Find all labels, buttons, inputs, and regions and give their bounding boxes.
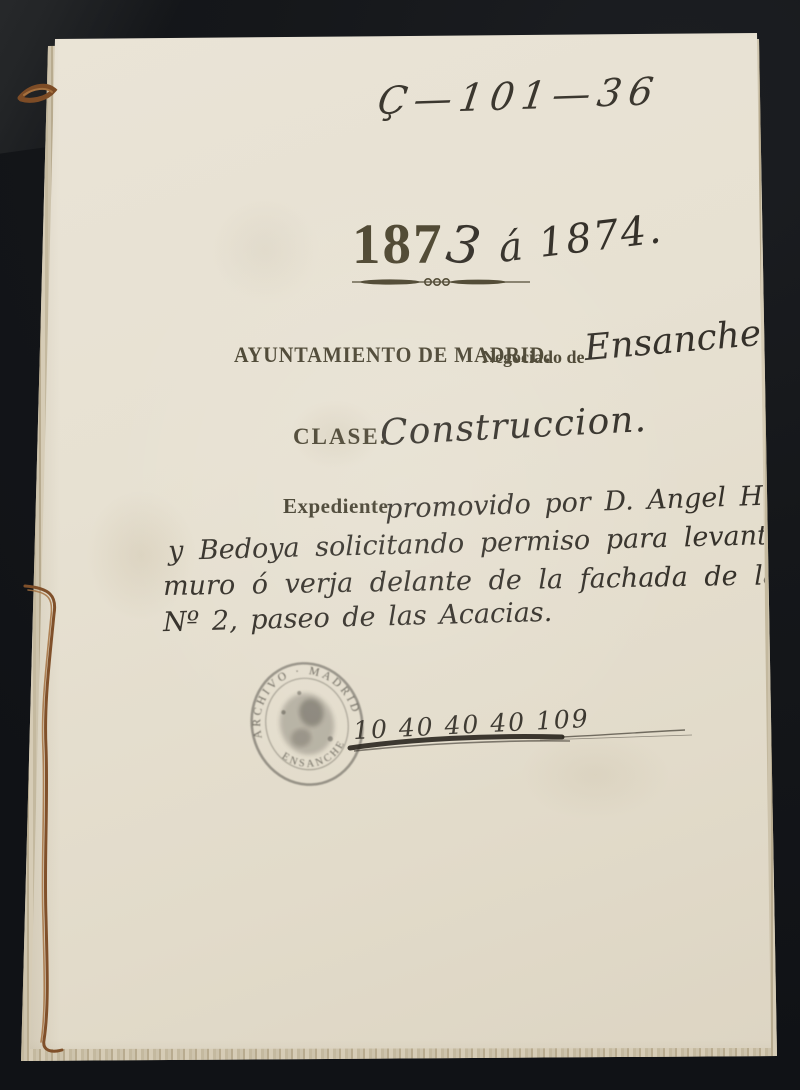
reference-code-handwritten: Ç—101—36	[375, 69, 663, 123]
archive-photo: Ç—101—36 187 3 á 1874. AYUNTAMIENTO DE M…	[0, 0, 800, 1090]
document-cover-page: Ç—101—36 187 3 á 1874. AYUNTAMIENTO DE M…	[0, 0, 800, 1090]
ornamental-divider	[352, 275, 530, 287]
expediente-text-line1: promovido por D. Angel Herraiz	[385, 478, 800, 525]
clase-label: CLASE.	[293, 424, 387, 450]
expediente-text-line4: Nº 2, paseo de las Acacias.	[163, 597, 553, 638]
struck-out-annotation: 10 40 40 40 109	[352, 704, 590, 745]
clase-value-handwritten: Construccion.	[379, 399, 648, 454]
year-handwritten-digit: 3	[443, 214, 485, 278]
department-value-handwritten: Ensanche.	[583, 312, 775, 369]
paper-stain	[520, 730, 670, 820]
paper-stain	[210, 195, 320, 305]
expediente-label: Expediente	[283, 494, 388, 519]
year-printed: 187	[352, 212, 444, 277]
expediente-text-line2: y Bedoya solicitando permiso para levant…	[168, 518, 800, 567]
year-handwritten-range: á 1874.	[496, 206, 665, 272]
department-label: Negociado de	[482, 347, 585, 368]
expediente-text-line3: muro ó verja delante de la fachada de la…	[163, 559, 800, 602]
